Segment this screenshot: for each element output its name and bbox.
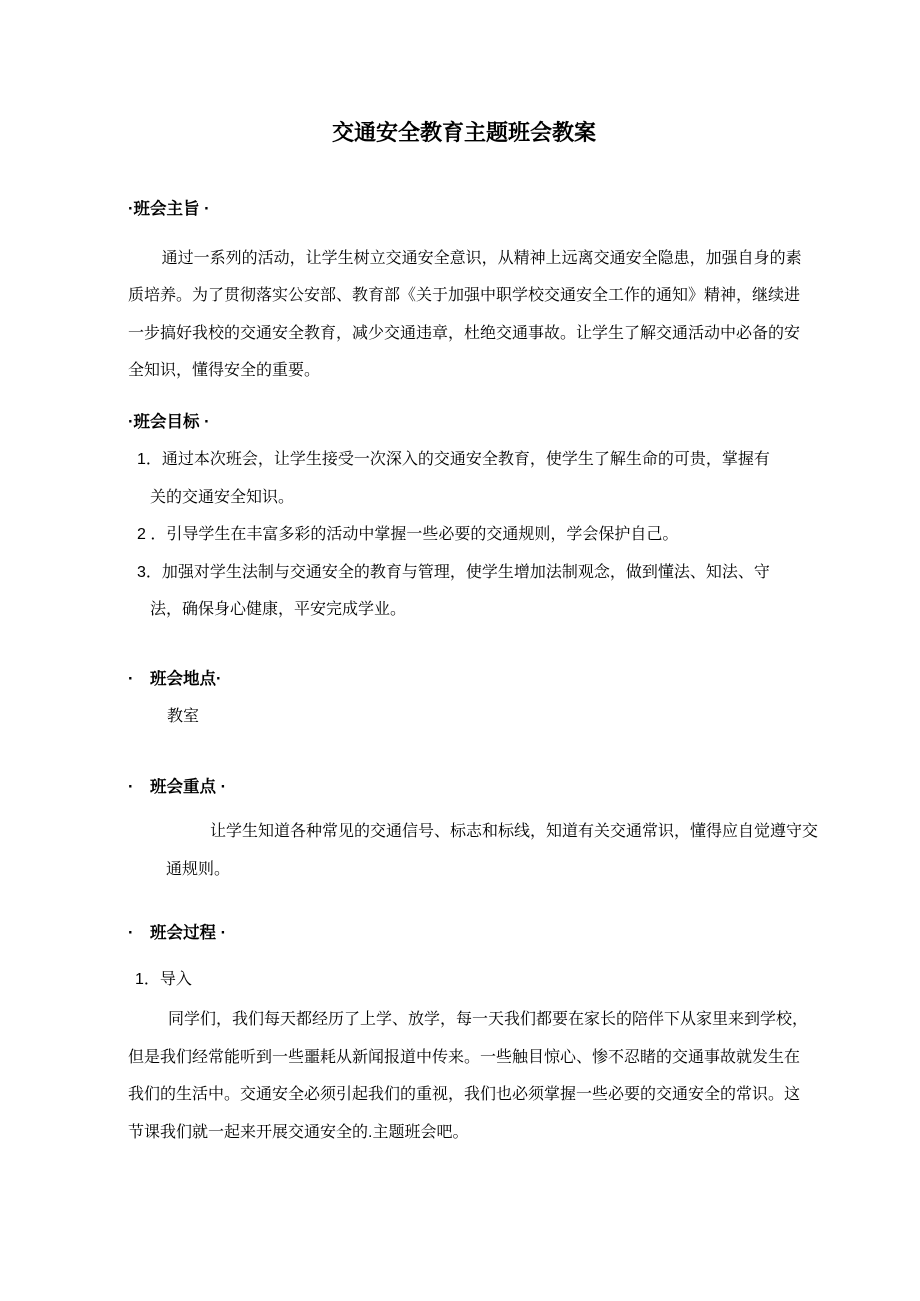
document-page: 交通安全教育主题班会教案 ·班会主旨 · 通过一系列的活动，让学生树立交通安全意… xyxy=(0,0,920,1301)
heading-class-meeting-focus: · 班会重点 · xyxy=(128,769,800,807)
heading-class-meeting-process: · 班会过程 · xyxy=(128,915,800,953)
goals-list: 1．通过本次班会，让学生接受一次深入的交通安全教育，使学生了解生命的可贵，掌握有… xyxy=(128,441,800,629)
introduction-paragraph: 同学们，我们每天都经历了上学、放学，每一天我们都要在家长的陪伴下从家里来到学校，… xyxy=(128,1001,800,1151)
document-body: { "colors": { "text": "#000000", "backgr… xyxy=(0,0,920,1301)
heading-class-meeting-location: · 班会地点· xyxy=(128,661,800,699)
goal-item-3: 3．加强对学生法制与交通安全的教育与管理，使学生增加法制观念，做到懂法、知法、守… xyxy=(137,554,800,629)
heading-class-meeting-purpose: ·班会主旨 · xyxy=(128,191,800,229)
goal-item-2: 2 ．引导学生在丰富多彩的活动中掌握一些必要的交通规则，学会保护自己。 xyxy=(137,516,800,554)
document-title: 交通安全教育主题班会教案 xyxy=(128,118,800,148)
process-step-1-introduction-label: 1．导入 xyxy=(135,961,800,999)
location-value: 教室 xyxy=(128,698,800,736)
focus-paragraph: 让学生知道各种常见的交通信号、标志和标线，知道有关交通常识，懂得应自觉遵守交 通… xyxy=(128,813,800,888)
purpose-paragraph: 通过一系列的活动，让学生树立交通安全意识，从精神上远离交通安全隐患，加强自身的素… xyxy=(128,240,800,390)
heading-class-meeting-goals: ·班会目标 · xyxy=(128,404,800,442)
goal-item-1: 1．通过本次班会，让学生接受一次深入的交通安全教育，使学生了解生命的可贵，掌握有… xyxy=(137,441,800,516)
